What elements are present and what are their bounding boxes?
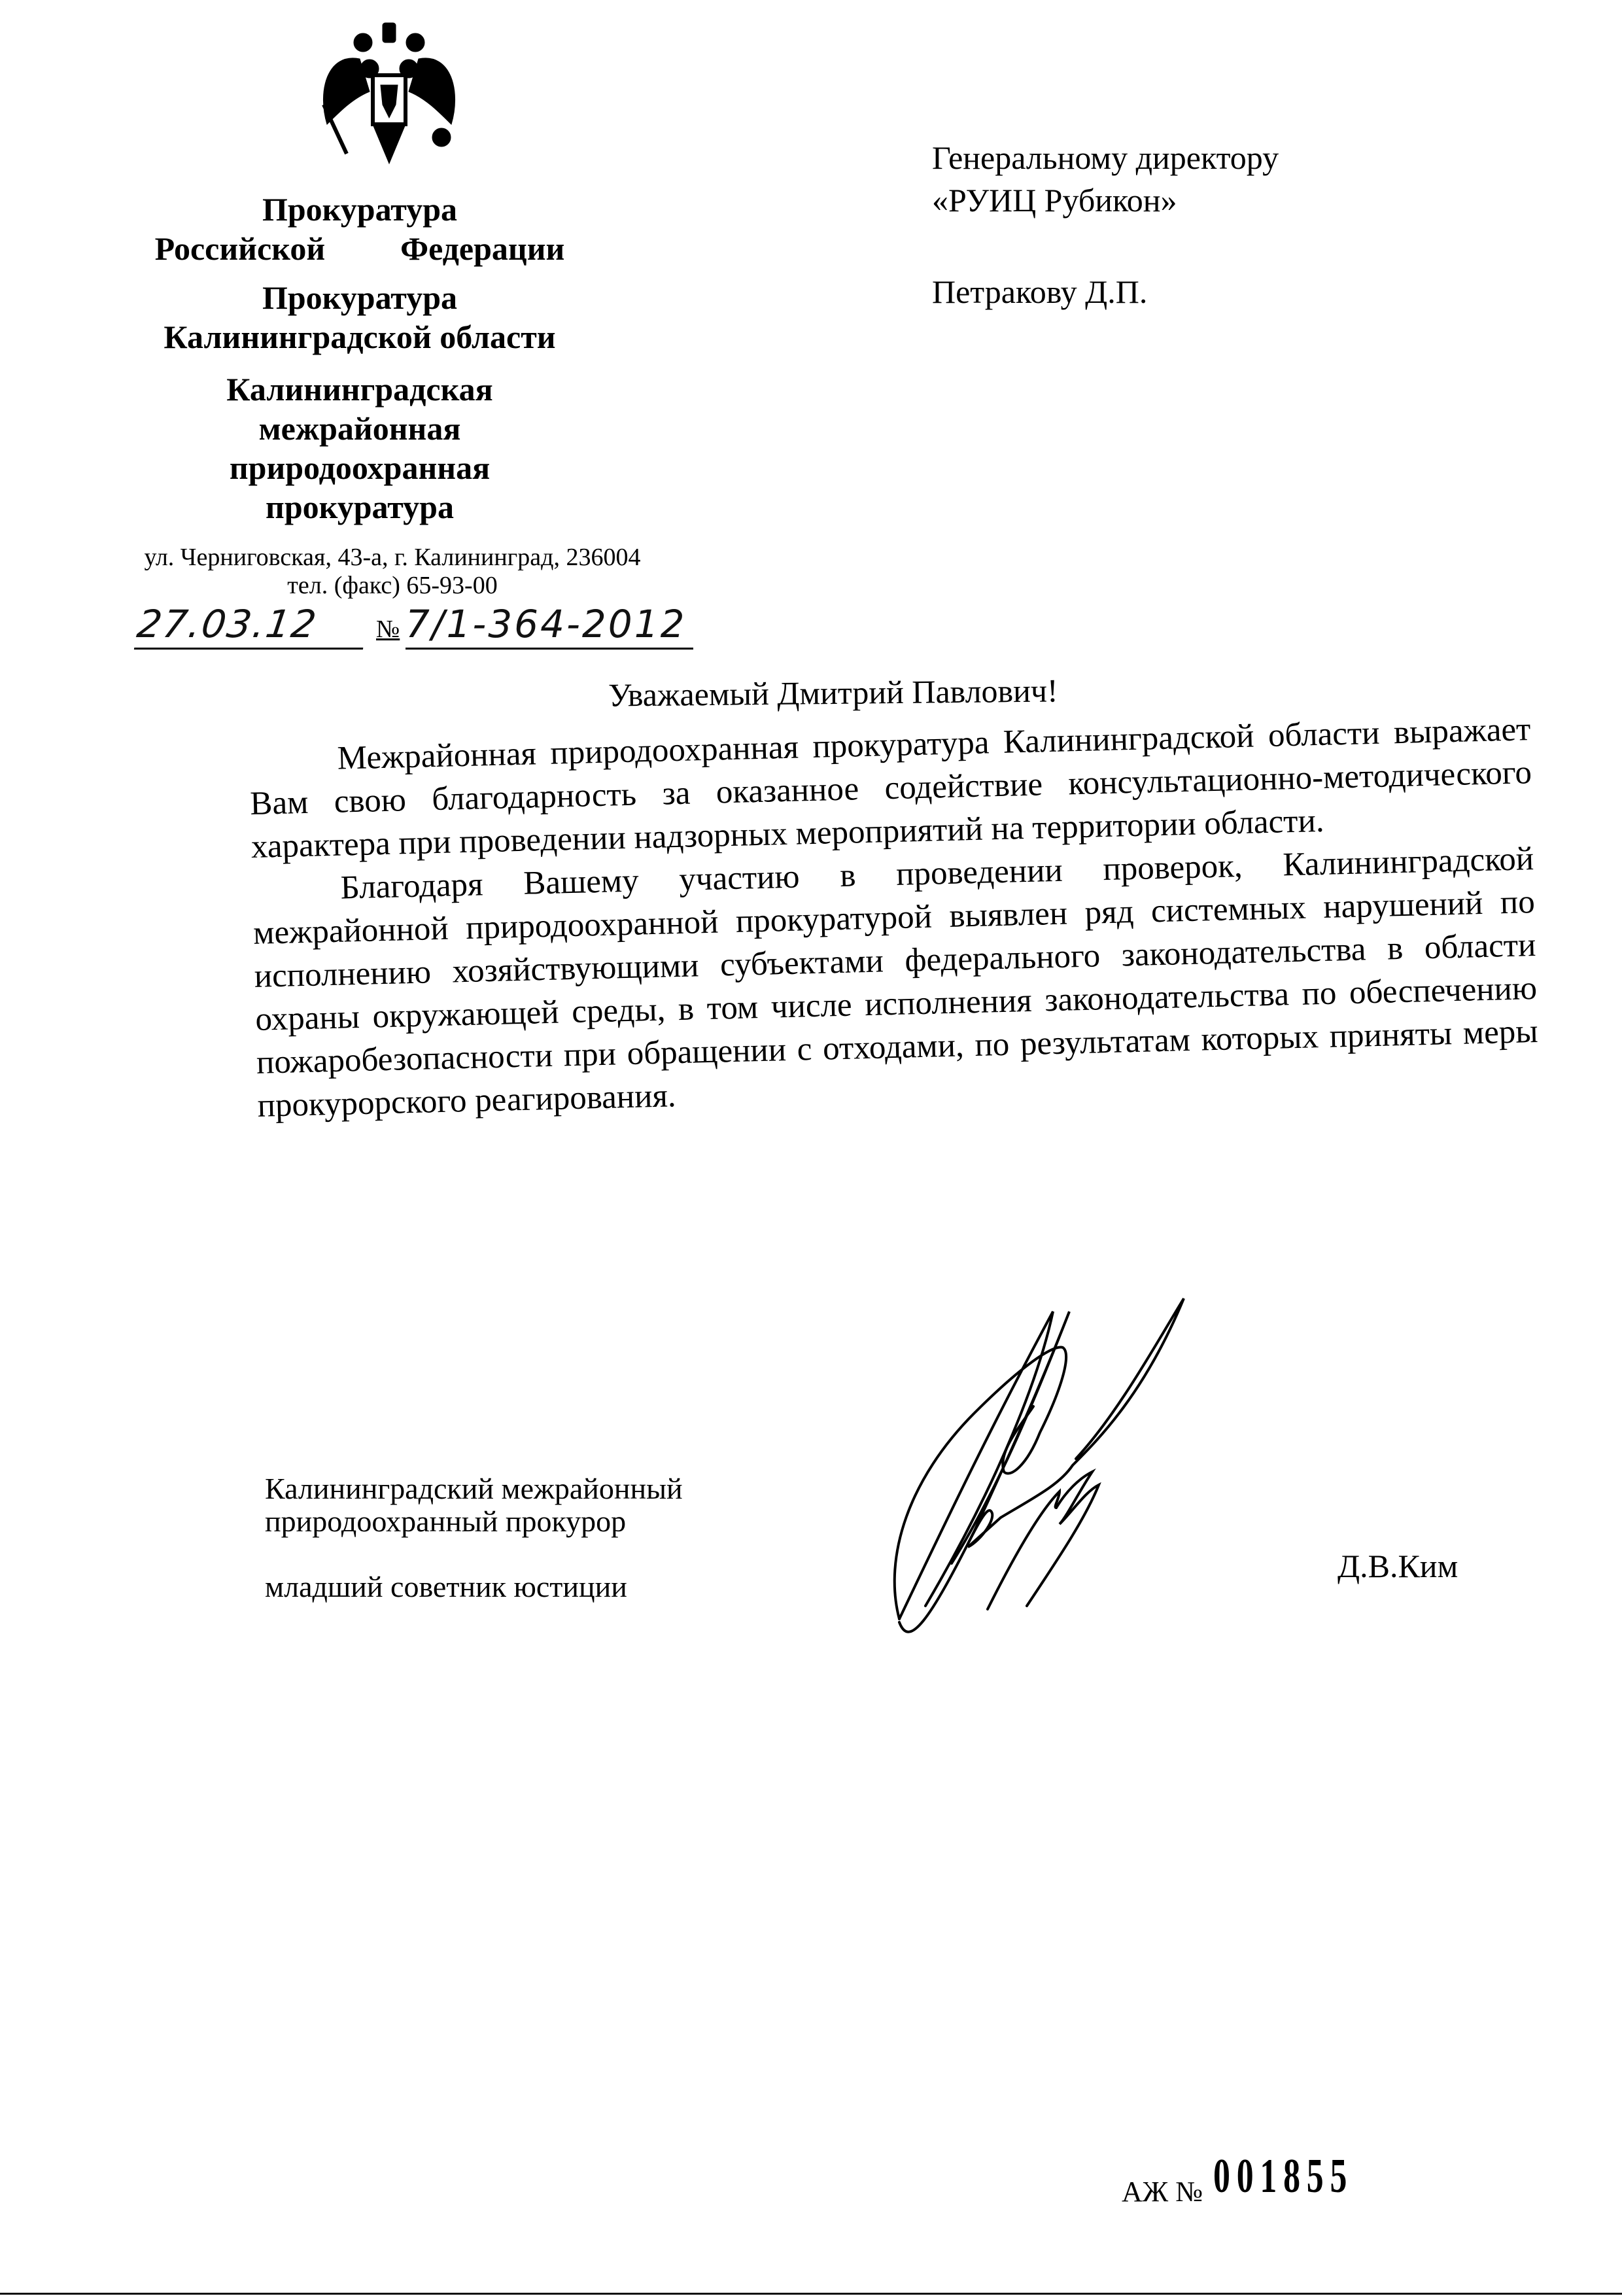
letterhead-line-6: межрайонная [111, 409, 608, 448]
letterhead-line-5: Калининградская [111, 370, 608, 409]
signer-rank: младший советник юстиции [265, 1570, 627, 1604]
letterhead-word-federation: Федерации [400, 229, 564, 268]
letterhead-line-8: прокуратура [111, 487, 608, 527]
letterhead-address: ул. Черниговская, 43-а, г. Калининград, … [111, 543, 674, 572]
letter-body: Межрайонная природоохранная прокуратура … [249, 708, 1540, 1128]
letterhead-line-3: Прокуратура [111, 278, 608, 317]
registration-line: 27.03.12 № 7/1-364-2012 [131, 602, 719, 654]
letterhead-line-2: Российской Федерации [111, 229, 608, 268]
addressee-name: Петракову Д.П. [932, 271, 1147, 312]
letterhead-line-7: природоохранная [111, 448, 608, 487]
handwritten-signature-icon [870, 1282, 1380, 1733]
signer-title-line-1: Калининградский межрайонный [265, 1472, 683, 1506]
serial-number: 001855 [1213, 2149, 1353, 2204]
signer-title-line-2: природоохранный прокурор [265, 1505, 626, 1539]
letterhead-word-russian: Российской [155, 229, 325, 268]
letterhead-line-4: Калининградской области [111, 317, 608, 357]
addressee-company: «РУИЦ Рубикон» [932, 180, 1177, 220]
serial-label: АЖ № [1122, 2175, 1203, 2208]
registration-date: 27.03.12 [134, 602, 370, 650]
coat-of-arms-icon [307, 20, 471, 170]
signer-name: Д.В.Ким [1337, 1547, 1458, 1585]
scan-edge-line [0, 2293, 1622, 2295]
letterhead-line-1: Прокуратура [111, 190, 608, 229]
registration-number-label: № [376, 615, 400, 644]
body-paragraph: Благодаря Вашему участию в проведении пр… [252, 837, 1540, 1128]
addressee-position: Генеральному директору [932, 137, 1279, 178]
registration-number: 7/1-364-2012 [405, 602, 693, 650]
salutation: Уважаемый Дмитрий Павлович! [608, 671, 1058, 714]
letterhead-phone: тел. (факс) 65-93-00 [111, 571, 674, 600]
